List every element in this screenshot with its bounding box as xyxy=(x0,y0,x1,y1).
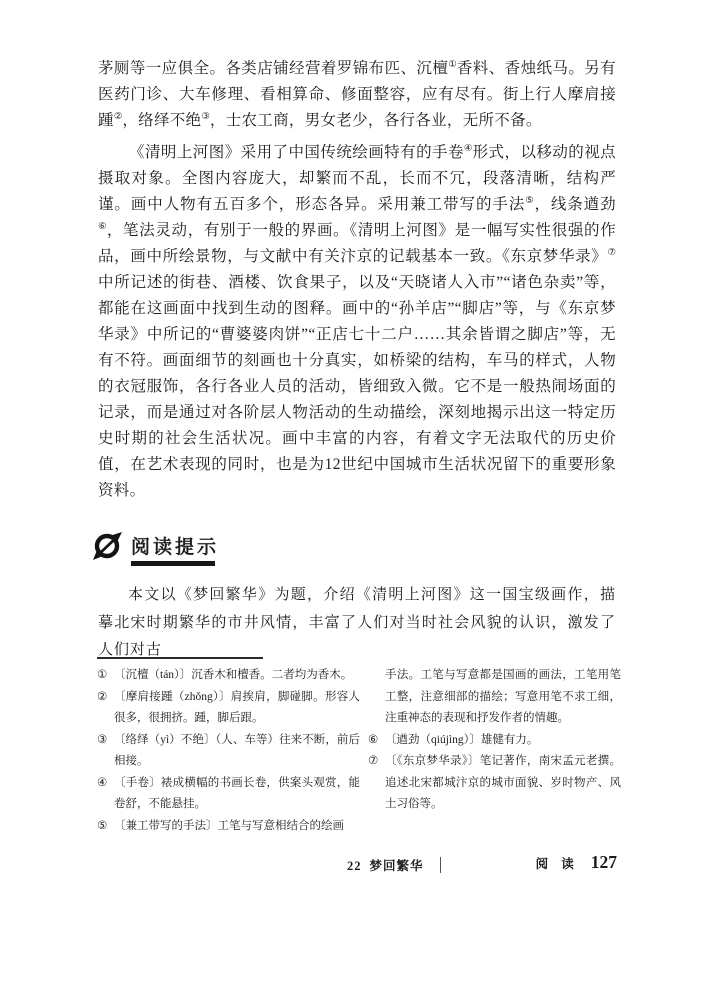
reading-hint-header: 阅读提示 xyxy=(92,528,616,566)
reading-hint-section: 阅读提示 本文以《梦回繁华》为题，介绍《清明上河图》这一国宝级画作，描摹北宋时期… xyxy=(92,528,616,665)
footnote-number: ⑦ xyxy=(368,751,378,773)
footnote-text: 手法。工笔与写意都是国画的画法，工笔用笔工整，注意细部的描绘；写意用笔不求工细，… xyxy=(385,669,621,724)
footnote-number: ④ xyxy=(97,773,107,795)
page-number: 127 xyxy=(591,852,617,873)
footnote-text: 〔遒劲（qiújìng）〕雄健有力。 xyxy=(385,734,538,746)
circle-arrow-icon xyxy=(92,528,123,561)
footnote-text: 〔手卷〕裱成横幅的书画长卷，供案头观赏，能卷舒，不能悬挂。 xyxy=(114,777,360,811)
footnote-4: ④ 〔手卷〕裱成横幅的书画长卷，供案头观赏，能卷舒，不能悬挂。 xyxy=(97,773,360,816)
footnote-text: 〔兼工带写的手法〕工笔与写意相结合的绘画 xyxy=(114,820,344,832)
lesson-number: 22 xyxy=(347,859,362,873)
footnote-number: ① xyxy=(97,665,107,687)
footnotes-left-column: ① 〔沉檀（tán）〕沉香木和檀香。二者均为香木。 ② 〔摩肩接踵（zhǒng）… xyxy=(97,665,360,837)
lesson-title: 梦回繁华 xyxy=(370,859,424,873)
textbook-page: 茅厕等一应俱全。各类店铺经营着罗锦布匹、沉檀①香料、香烛纸马。另有医药门诊、大车… xyxy=(0,0,701,991)
footnote-text: 〔络绎（yì）不绝〕（人、车等）往来不断，前后相接。 xyxy=(114,734,360,768)
article-body: 茅厕等一应俱全。各类店铺经营着罗锦布匹、沉檀①香料、香烛纸马。另有医药门诊、大车… xyxy=(98,56,616,504)
article-paragraph-main: 《清明上河图》采用了中国传统绘画特有的手卷④形式，以移动的视点摄取对象。全图内容… xyxy=(98,140,616,504)
footnote-number: ② xyxy=(97,687,107,709)
reading-hint-title-wrap: 阅读提示 xyxy=(131,528,219,566)
title-underline xyxy=(131,561,215,566)
reading-hint-title: 阅读提示 xyxy=(131,528,219,559)
footnote-text: 〔摩肩接踵（zhǒng）〕肩挨肩，脚碰脚。形容人很多，很拥挤。踵，脚后跟。 xyxy=(114,691,360,725)
reading-hint-paragraph: 本文以《梦回繁华》为题，介绍《清明上河图》这一国宝级画作，描摹北宋时期繁华的市井… xyxy=(98,582,616,665)
footnotes-right-column: 手法。工笔与写意都是国画的画法，工笔用笔工整，注意细部的描绘；写意用笔不求工细，… xyxy=(368,665,621,837)
article-paragraph-continued: 茅厕等一应俱全。各类店铺经营着罗锦布匹、沉檀①香料、香烛纸马。另有医药门诊、大车… xyxy=(98,56,616,134)
footnote-number: ⑤ xyxy=(97,816,107,838)
section-label: 阅 读 xyxy=(536,854,579,872)
footnote-text: 〔《东京梦华录》〕笔记著作，南宋孟元老撰。追述北宋都城汴京的城市面貌、岁时物产、… xyxy=(385,755,621,810)
footnote-5: ⑤ 〔兼工带写的手法〕工笔与写意相结合的绘画 xyxy=(97,816,360,838)
lesson-indicator: 22梦回繁华 xyxy=(347,856,441,874)
footnote-number: ⑥ xyxy=(368,730,378,752)
footnote-number: ③ xyxy=(97,730,107,752)
footer-divider-bar xyxy=(440,857,441,873)
footnote-2: ② 〔摩肩接踵（zhǒng）〕肩挨肩，脚碰脚。形容人很多，很拥挤。踵，脚后跟。 xyxy=(97,687,360,730)
footnotes: ① 〔沉檀（tán）〕沉香木和檀香。二者均为香木。 ② 〔摩肩接踵（zhǒng）… xyxy=(97,665,621,837)
footnote-text: 〔沉檀（tán）〕沉香木和檀香。二者均为香木。 xyxy=(114,669,352,681)
footnote-6: ⑥ 〔遒劲（qiújìng）〕雄健有力。 xyxy=(368,730,621,752)
footnote-5-continuation: 手法。工笔与写意都是国画的画法，工笔用笔工整，注意细部的描绘；写意用笔不求工细，… xyxy=(368,665,621,730)
footnote-7: ⑦ 〔《东京梦华录》〕笔记著作，南宋孟元老撰。追述北宋都城汴京的城市面貌、岁时物… xyxy=(368,751,621,816)
footnote-1: ① 〔沉檀（tán）〕沉香木和檀香。二者均为香木。 xyxy=(97,665,360,687)
footnote-3: ③ 〔络绎（yì）不绝〕（人、车等）往来不断，前后相接。 xyxy=(97,730,360,773)
footer-right: 阅 读 127 xyxy=(536,852,617,873)
footnote-divider xyxy=(97,657,263,659)
